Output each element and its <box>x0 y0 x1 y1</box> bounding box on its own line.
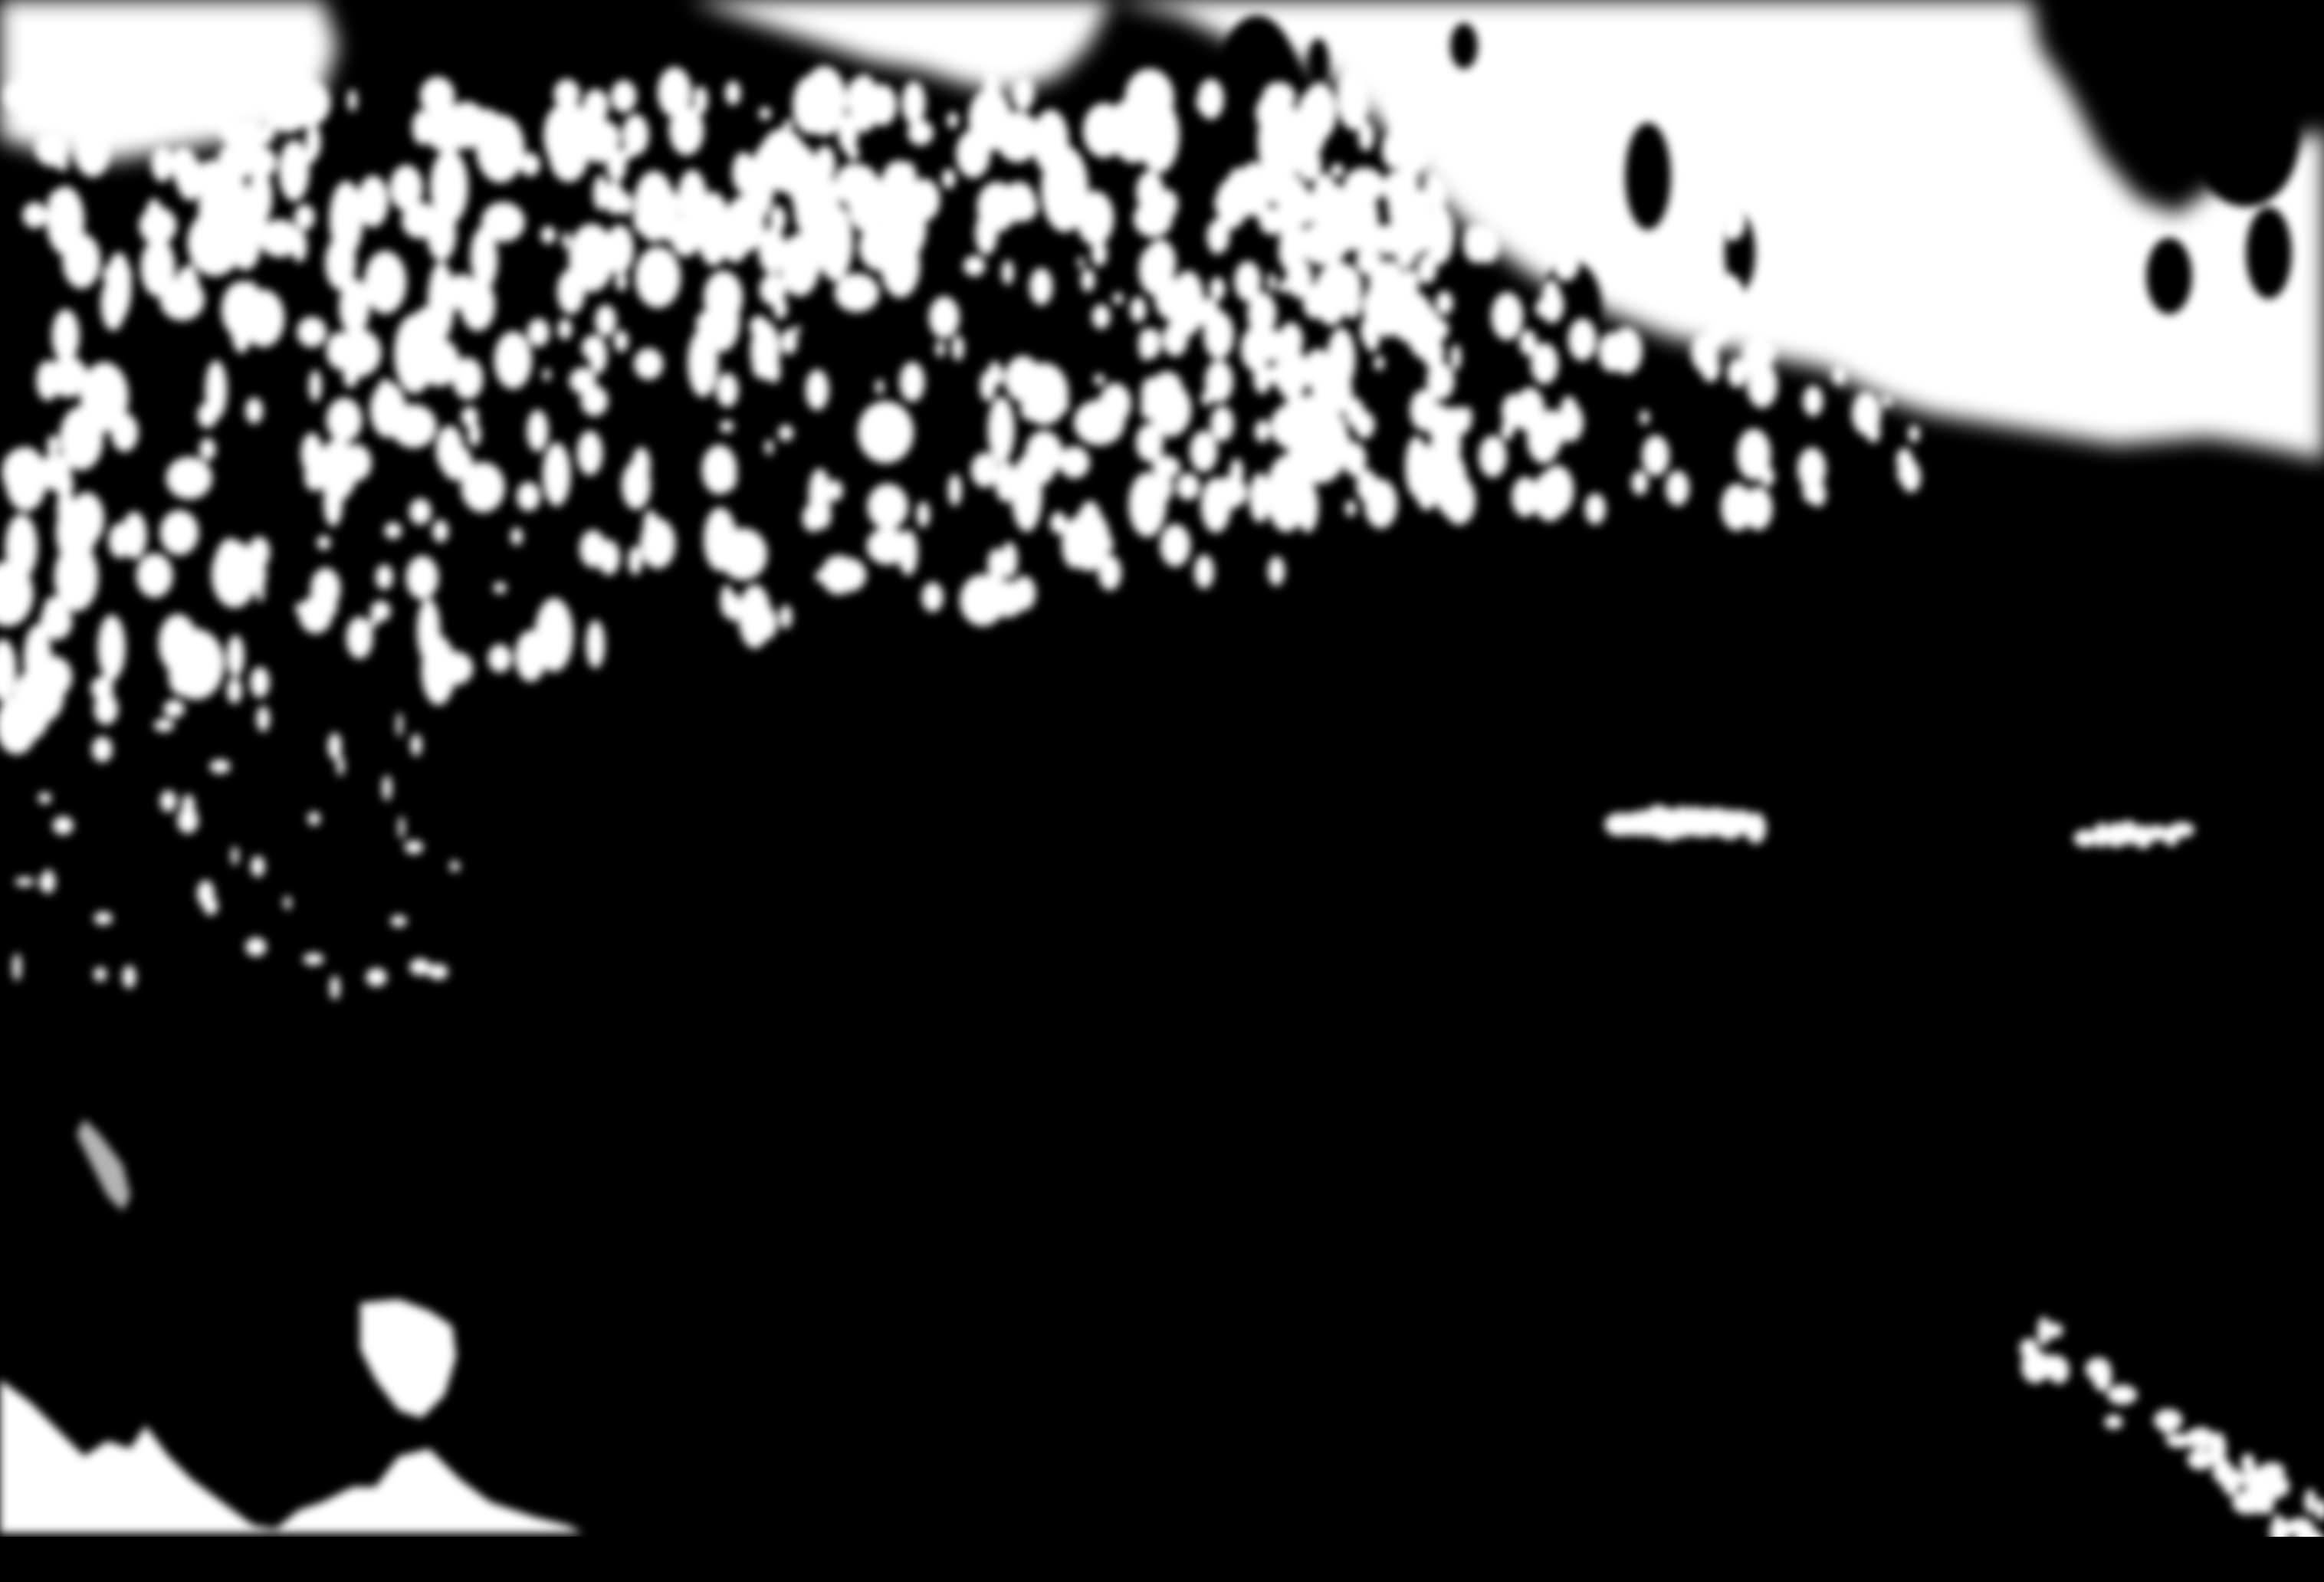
high-contrast-photo <box>0 0 2324 1582</box>
bottom-band <box>0 1537 2324 1582</box>
